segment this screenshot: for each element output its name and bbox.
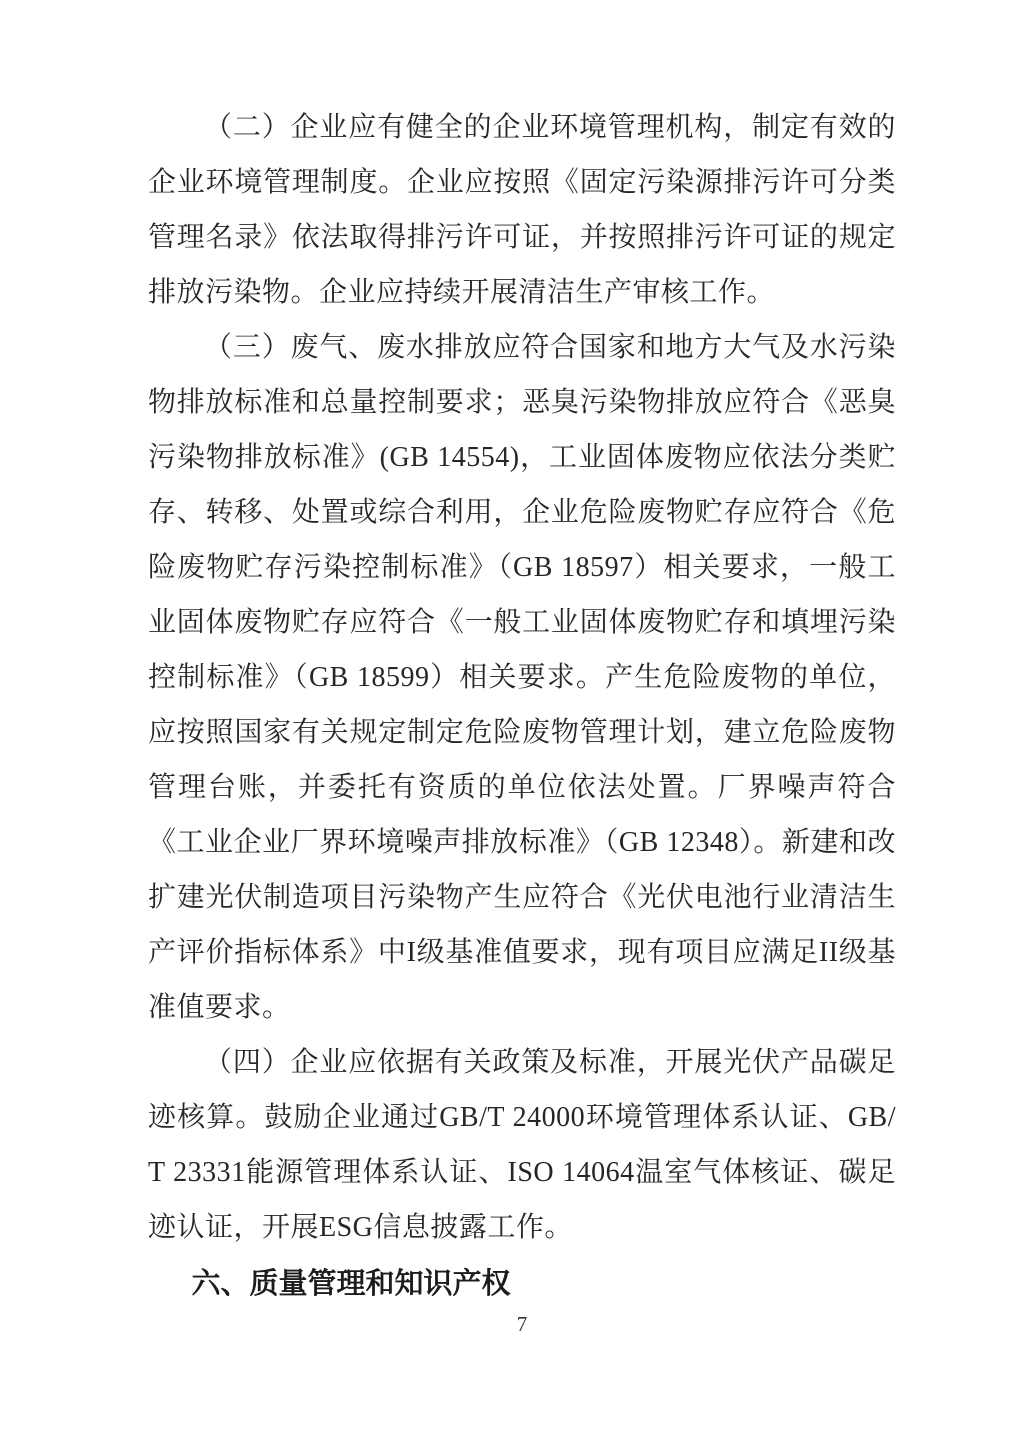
page-footer: 7 [148,1312,896,1337]
document-page: （二）企业应有健全的企业环境管理机构，制定有效的企业环境管理制度。企业应按照《固… [0,0,1012,1431]
section-heading-quality-management: 六、质量管理和知识产权 [148,1257,896,1312]
document-body: （二）企业应有健全的企业环境管理机构，制定有效的企业环境管理制度。企业应按照《固… [148,100,896,1312]
paragraph-section-2: （二）企业应有健全的企业环境管理机构，制定有效的企业环境管理制度。企业应按照《固… [148,100,896,320]
page-number: 7 [517,1312,528,1336]
paragraph-section-4: （四）企业应依据有关政策及标准，开展光伏产品碳足迹核算。鼓励企业通过GB/T 2… [148,1035,896,1255]
paragraph-section-3: （三）废气、废水排放应符合国家和地方大气及水污染物排放标准和总量控制要求；恶臭污… [148,320,896,1035]
